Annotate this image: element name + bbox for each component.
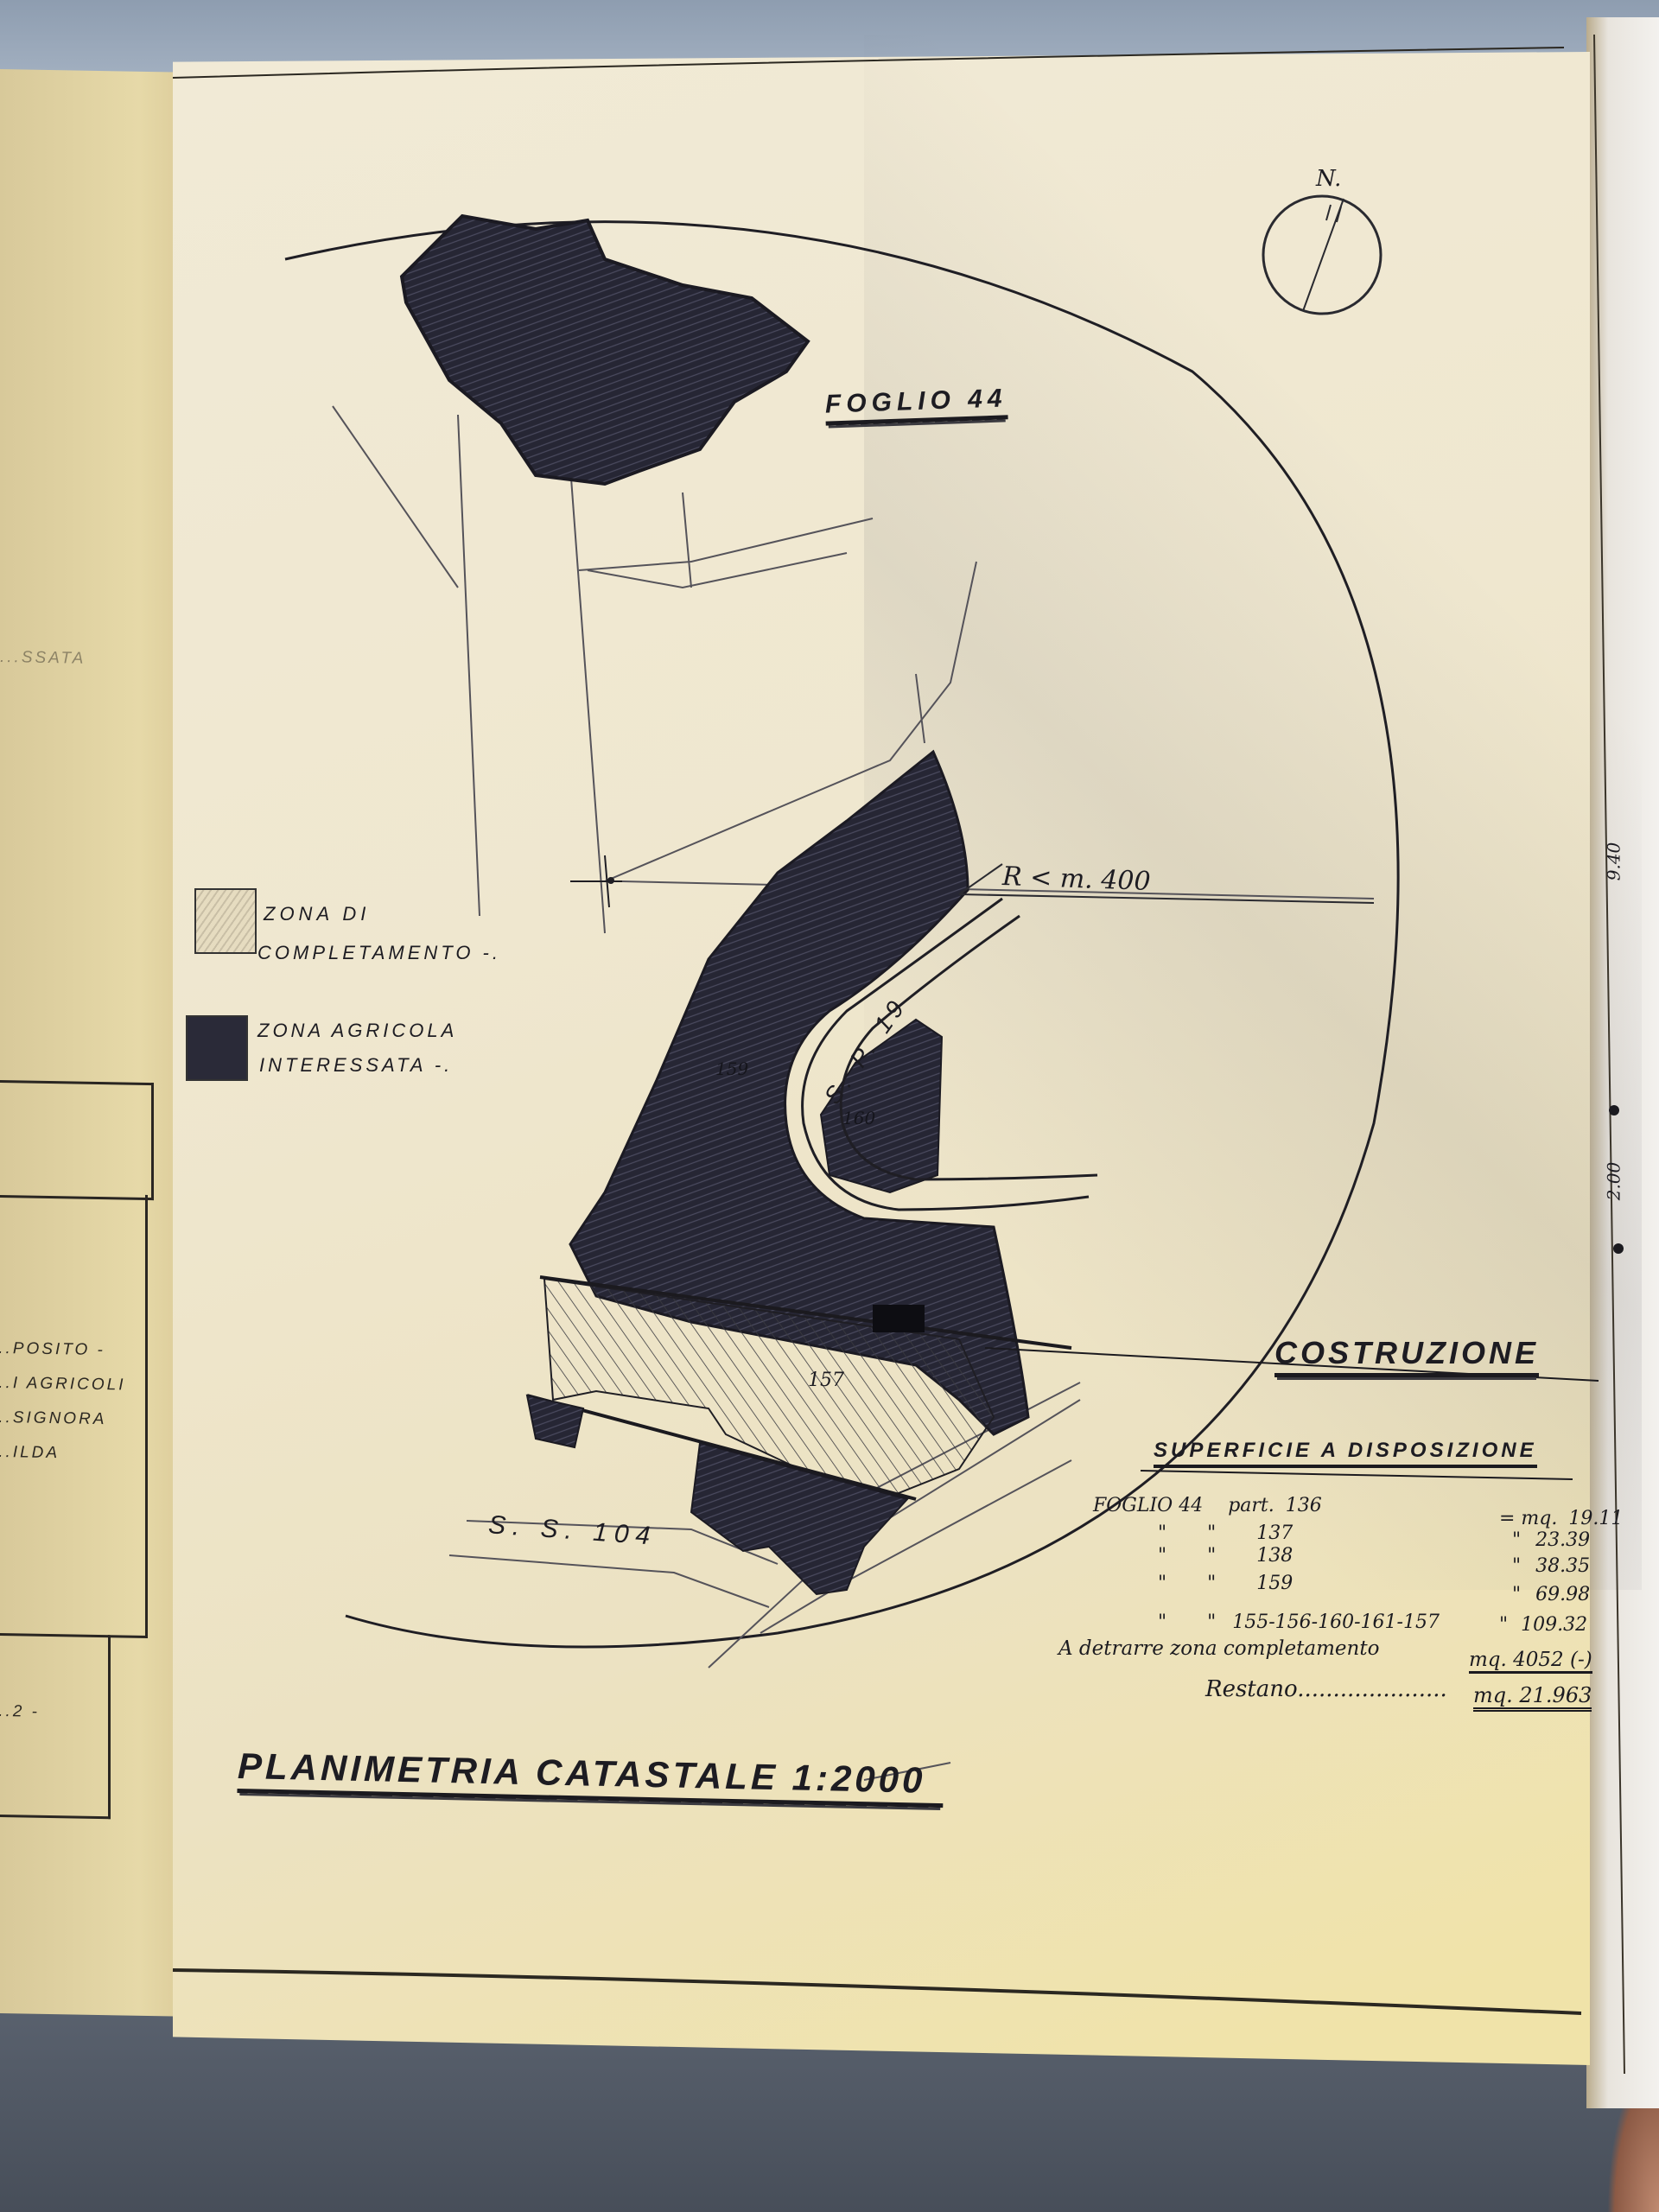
row-parcel: 155-156-160-161-157 (1232, 1611, 1440, 1633)
legend-label-agricola-1: ZONA AGRICOLA (257, 1020, 457, 1042)
row-unit: " (1512, 1529, 1521, 1551)
row-parcel: 159 (1256, 1573, 1293, 1594)
legend-label-completamento-2: COMPLETAMENTO -. (257, 942, 501, 964)
table-row: " " 155-156-160-161-157 (1158, 1611, 1440, 1633)
section-title: COSTRUZIONE (1274, 1335, 1539, 1377)
radius-label: R < m. 400 (1001, 861, 1151, 897)
cadastral-map-drawing (0, 0, 1659, 2212)
table-row-value: = mq. 19.11 (1499, 1508, 1623, 1529)
margin-dimension-top: 9.40 (1603, 842, 1624, 881)
table-row-value: " 38.35 (1512, 1555, 1590, 1577)
row-value: 109.32 (1521, 1614, 1587, 1636)
row-part-label: " (1207, 1522, 1216, 1544)
table-row-value: " 109.32 (1499, 1614, 1587, 1636)
row-part-label: " (1207, 1545, 1216, 1567)
margin-dimension-bottom: 2.00 (1603, 1162, 1624, 1201)
row-foglio: FOGLIO 44 (1093, 1495, 1203, 1516)
row-foglio: " (1158, 1545, 1166, 1567)
row-unit: " (1512, 1584, 1521, 1605)
table-row: " " 138 (1158, 1545, 1293, 1567)
surface-heading: SUPERFICIE A DISPOSIZIONE (1154, 1439, 1537, 1468)
remaining-value: mq. 21.963 (1473, 1683, 1592, 1712)
north-arrow-icon (1263, 196, 1381, 314)
deduct-value: mq. 4052 (-) (1469, 1649, 1592, 1674)
parcel-label-160: 160 (842, 1108, 875, 1128)
deduct-label: A detrarre zona completamento (1058, 1637, 1379, 1660)
row-part-label: part. (1228, 1495, 1274, 1516)
row-parcel: 137 (1256, 1522, 1293, 1544)
table-row-value: " 69.98 (1512, 1584, 1590, 1605)
north-label: N. (1316, 166, 1341, 192)
row-value: 38.35 (1535, 1555, 1590, 1577)
row-parcel: 138 (1256, 1545, 1293, 1567)
parcel-label-157: 157 (808, 1370, 844, 1391)
table-row: " " 137 (1158, 1522, 1293, 1544)
row-value: 23.39 (1535, 1529, 1590, 1551)
remaining-label: Restano..................... (1205, 1676, 1447, 1702)
legend-swatch-completamento (194, 888, 257, 954)
row-unit: " (1499, 1614, 1508, 1636)
sheet-label: FOGLIO 44 (824, 384, 1007, 425)
parcel-label-159: 159 (715, 1058, 748, 1079)
row-part-label: " (1207, 1573, 1216, 1594)
row-foglio: " (1158, 1573, 1166, 1594)
table-row-value: " 23.39 (1512, 1529, 1590, 1551)
row-foglio: " (1158, 1522, 1166, 1544)
legend-swatch-agricola (186, 1015, 248, 1081)
legend-label-completamento-1: ZONA DI (264, 903, 370, 925)
row-part-label: " (1207, 1611, 1216, 1633)
row-value: 69.98 (1535, 1584, 1590, 1605)
row-parcel: 136 (1286, 1495, 1322, 1516)
table-row: FOGLIO 44 part. 136 (1093, 1495, 1322, 1516)
legend-label-agricola-2: INTERESSATA -. (259, 1054, 453, 1077)
row-unit: = mq. (1499, 1508, 1557, 1529)
row-foglio: " (1158, 1611, 1166, 1633)
row-unit: " (1512, 1555, 1521, 1577)
table-row: " " 159 (1158, 1573, 1293, 1594)
row-value: 19.11 (1568, 1508, 1623, 1529)
